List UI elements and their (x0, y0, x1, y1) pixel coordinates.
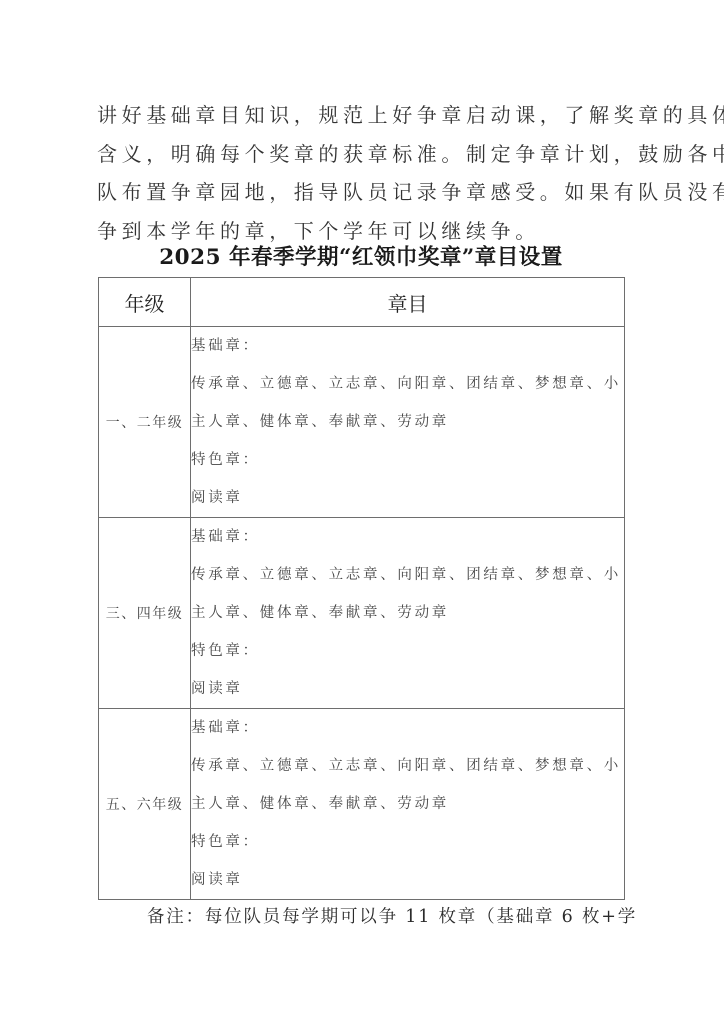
badge-line: 传承章、立德章、立志章、向阳章、团结章、梦想章、小 (191, 365, 624, 403)
badge-table: 年级 章目 一、二年级 基础章： 传承章、立德章、立志章、向阳章、团结章、梦想章… (98, 277, 625, 900)
badge-line: 阅读章 (191, 479, 624, 517)
grade-cell: 三、四年级 (99, 518, 191, 709)
intro-paragraph: 讲好基础章目知识，规范上好争章启动课，了解奖章的具体 含义，明确每个奖章的获章标… (97, 96, 637, 250)
badge-line: 特色章： (191, 823, 624, 861)
grade-cell: 五、六年级 (99, 709, 191, 900)
badge-cell: 基础章： 传承章、立德章、立志章、向阳章、团结章、梦想章、小 主人章、健体章、奉… (191, 327, 625, 518)
badge-line: 基础章： (191, 518, 624, 556)
header-badges: 章目 (191, 278, 625, 327)
table-row: 一、二年级 基础章： 传承章、立德章、立志章、向阳章、团结章、梦想章、小 主人章… (99, 327, 625, 518)
table-title: 2025 年春季学期“红领巾奖章”章目设置 (98, 240, 624, 271)
footnote: 备注：每位队员每学期可以争 11 枚章（基础章 6 枚+学 (147, 903, 637, 928)
badge-line: 主人章、健体章、奉献章、劳动章 (191, 594, 624, 632)
badge-line: 特色章： (191, 441, 624, 479)
badge-line: 基础章： (191, 709, 624, 747)
badge-line: 基础章： (191, 327, 624, 365)
badge-line: 主人章、健体章、奉献章、劳动章 (191, 785, 624, 823)
badge-line: 特色章： (191, 632, 624, 670)
paragraph-line: 含义，明确每个奖章的获章标准。制定争章计划，鼓励各中 (97, 135, 637, 174)
badge-line: 主人章、健体章、奉献章、劳动章 (191, 403, 624, 441)
badge-line: 阅读章 (191, 861, 624, 899)
badge-cell: 基础章： 传承章、立德章、立志章、向阳章、团结章、梦想章、小 主人章、健体章、奉… (191, 709, 625, 900)
grade-cell: 一、二年级 (99, 327, 191, 518)
badge-line: 传承章、立德章、立志章、向阳章、团结章、梦想章、小 (191, 747, 624, 785)
badge-line: 传承章、立德章、立志章、向阳章、团结章、梦想章、小 (191, 556, 624, 594)
table-header-row: 年级 章目 (99, 278, 625, 327)
paragraph-line: 讲好基础章目知识，规范上好争章启动课，了解奖章的具体 (97, 96, 637, 135)
badge-cell: 基础章： 传承章、立德章、立志章、向阳章、团结章、梦想章、小 主人章、健体章、奉… (191, 518, 625, 709)
table-row: 三、四年级 基础章： 传承章、立德章、立志章、向阳章、团结章、梦想章、小 主人章… (99, 518, 625, 709)
header-grade: 年级 (99, 278, 191, 327)
paragraph-line: 队布置争章园地，指导队员记录争章感受。如果有队员没有 (97, 173, 637, 212)
badge-line: 阅读章 (191, 670, 624, 708)
table-row: 五、六年级 基础章： 传承章、立德章、立志章、向阳章、团结章、梦想章、小 主人章… (99, 709, 625, 900)
